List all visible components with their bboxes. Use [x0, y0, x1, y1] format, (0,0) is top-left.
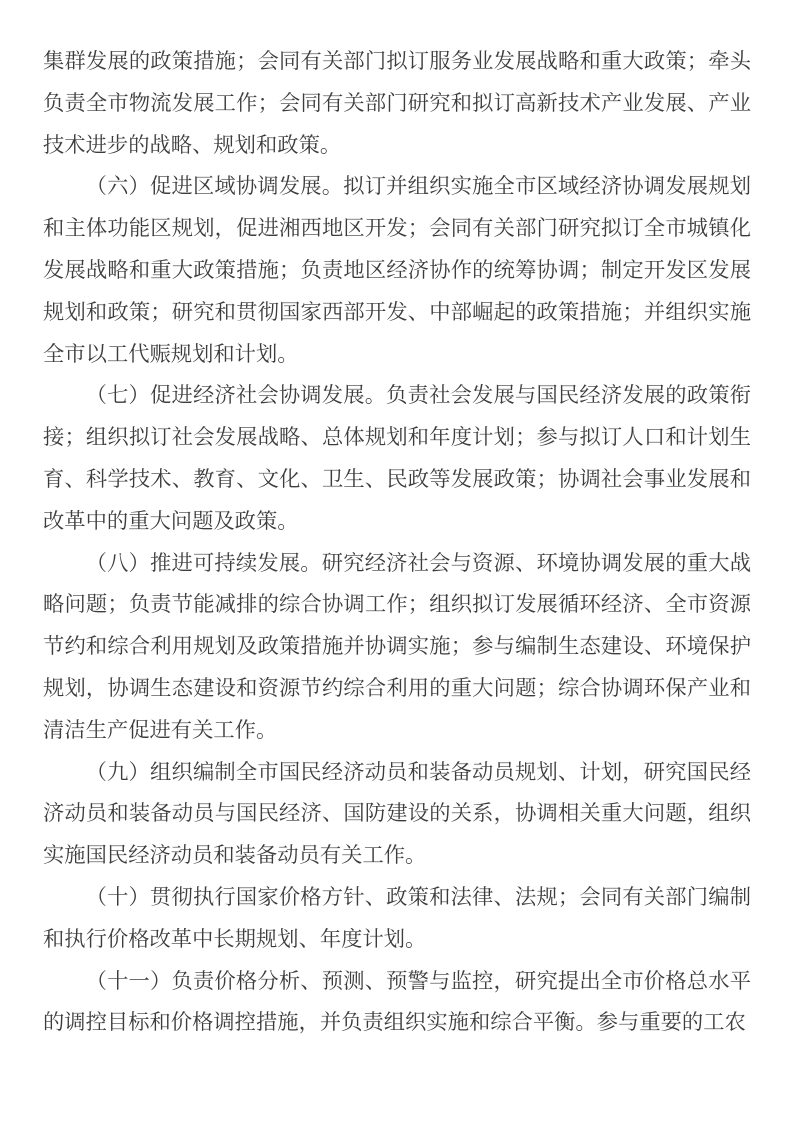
paragraph-continuation-item-5: 集群发展的政策措施；会同有关部门拟订服务业发展战略和重大政策；牵头负责全市物流发…: [43, 41, 751, 166]
document-body: 集群发展的政策措施；会同有关部门拟订服务业发展战略和重大政策；牵头负责全市物流发…: [43, 41, 751, 1044]
paragraph-item-8: （八）推进可持续发展。研究经济社会与资源、环境协调发展的重大战略问题；负责节能减…: [43, 543, 751, 752]
paragraph-item-6: （六）促进区域协调发展。拟订并组织实施全市区域经济协调发展规划和主体功能区规划，…: [43, 166, 751, 375]
document-page: 集群发展的政策措施；会同有关部门拟订服务业发展战略和重大政策；牵头负责全市物流发…: [0, 0, 793, 1122]
paragraph-item-10: （十）贯彻执行国家价格方针、政策和法律、法规；会同有关部门编制和执行价格改革中长…: [43, 877, 751, 961]
paragraph-item-11: （十一）负责价格分析、预测、预警与监控，研究提出全市价格总水平的调控目标和价格调…: [43, 961, 751, 1045]
paragraph-item-7: （七）促进经济社会协调发展。负责社会发展与国民经济发展的政策衔接；组织拟订社会发…: [43, 375, 751, 542]
paragraph-item-9: （九）组织编制全市国民经济动员和装备动员规划、计划，研究国民经济动员和装备动员与…: [43, 752, 751, 877]
